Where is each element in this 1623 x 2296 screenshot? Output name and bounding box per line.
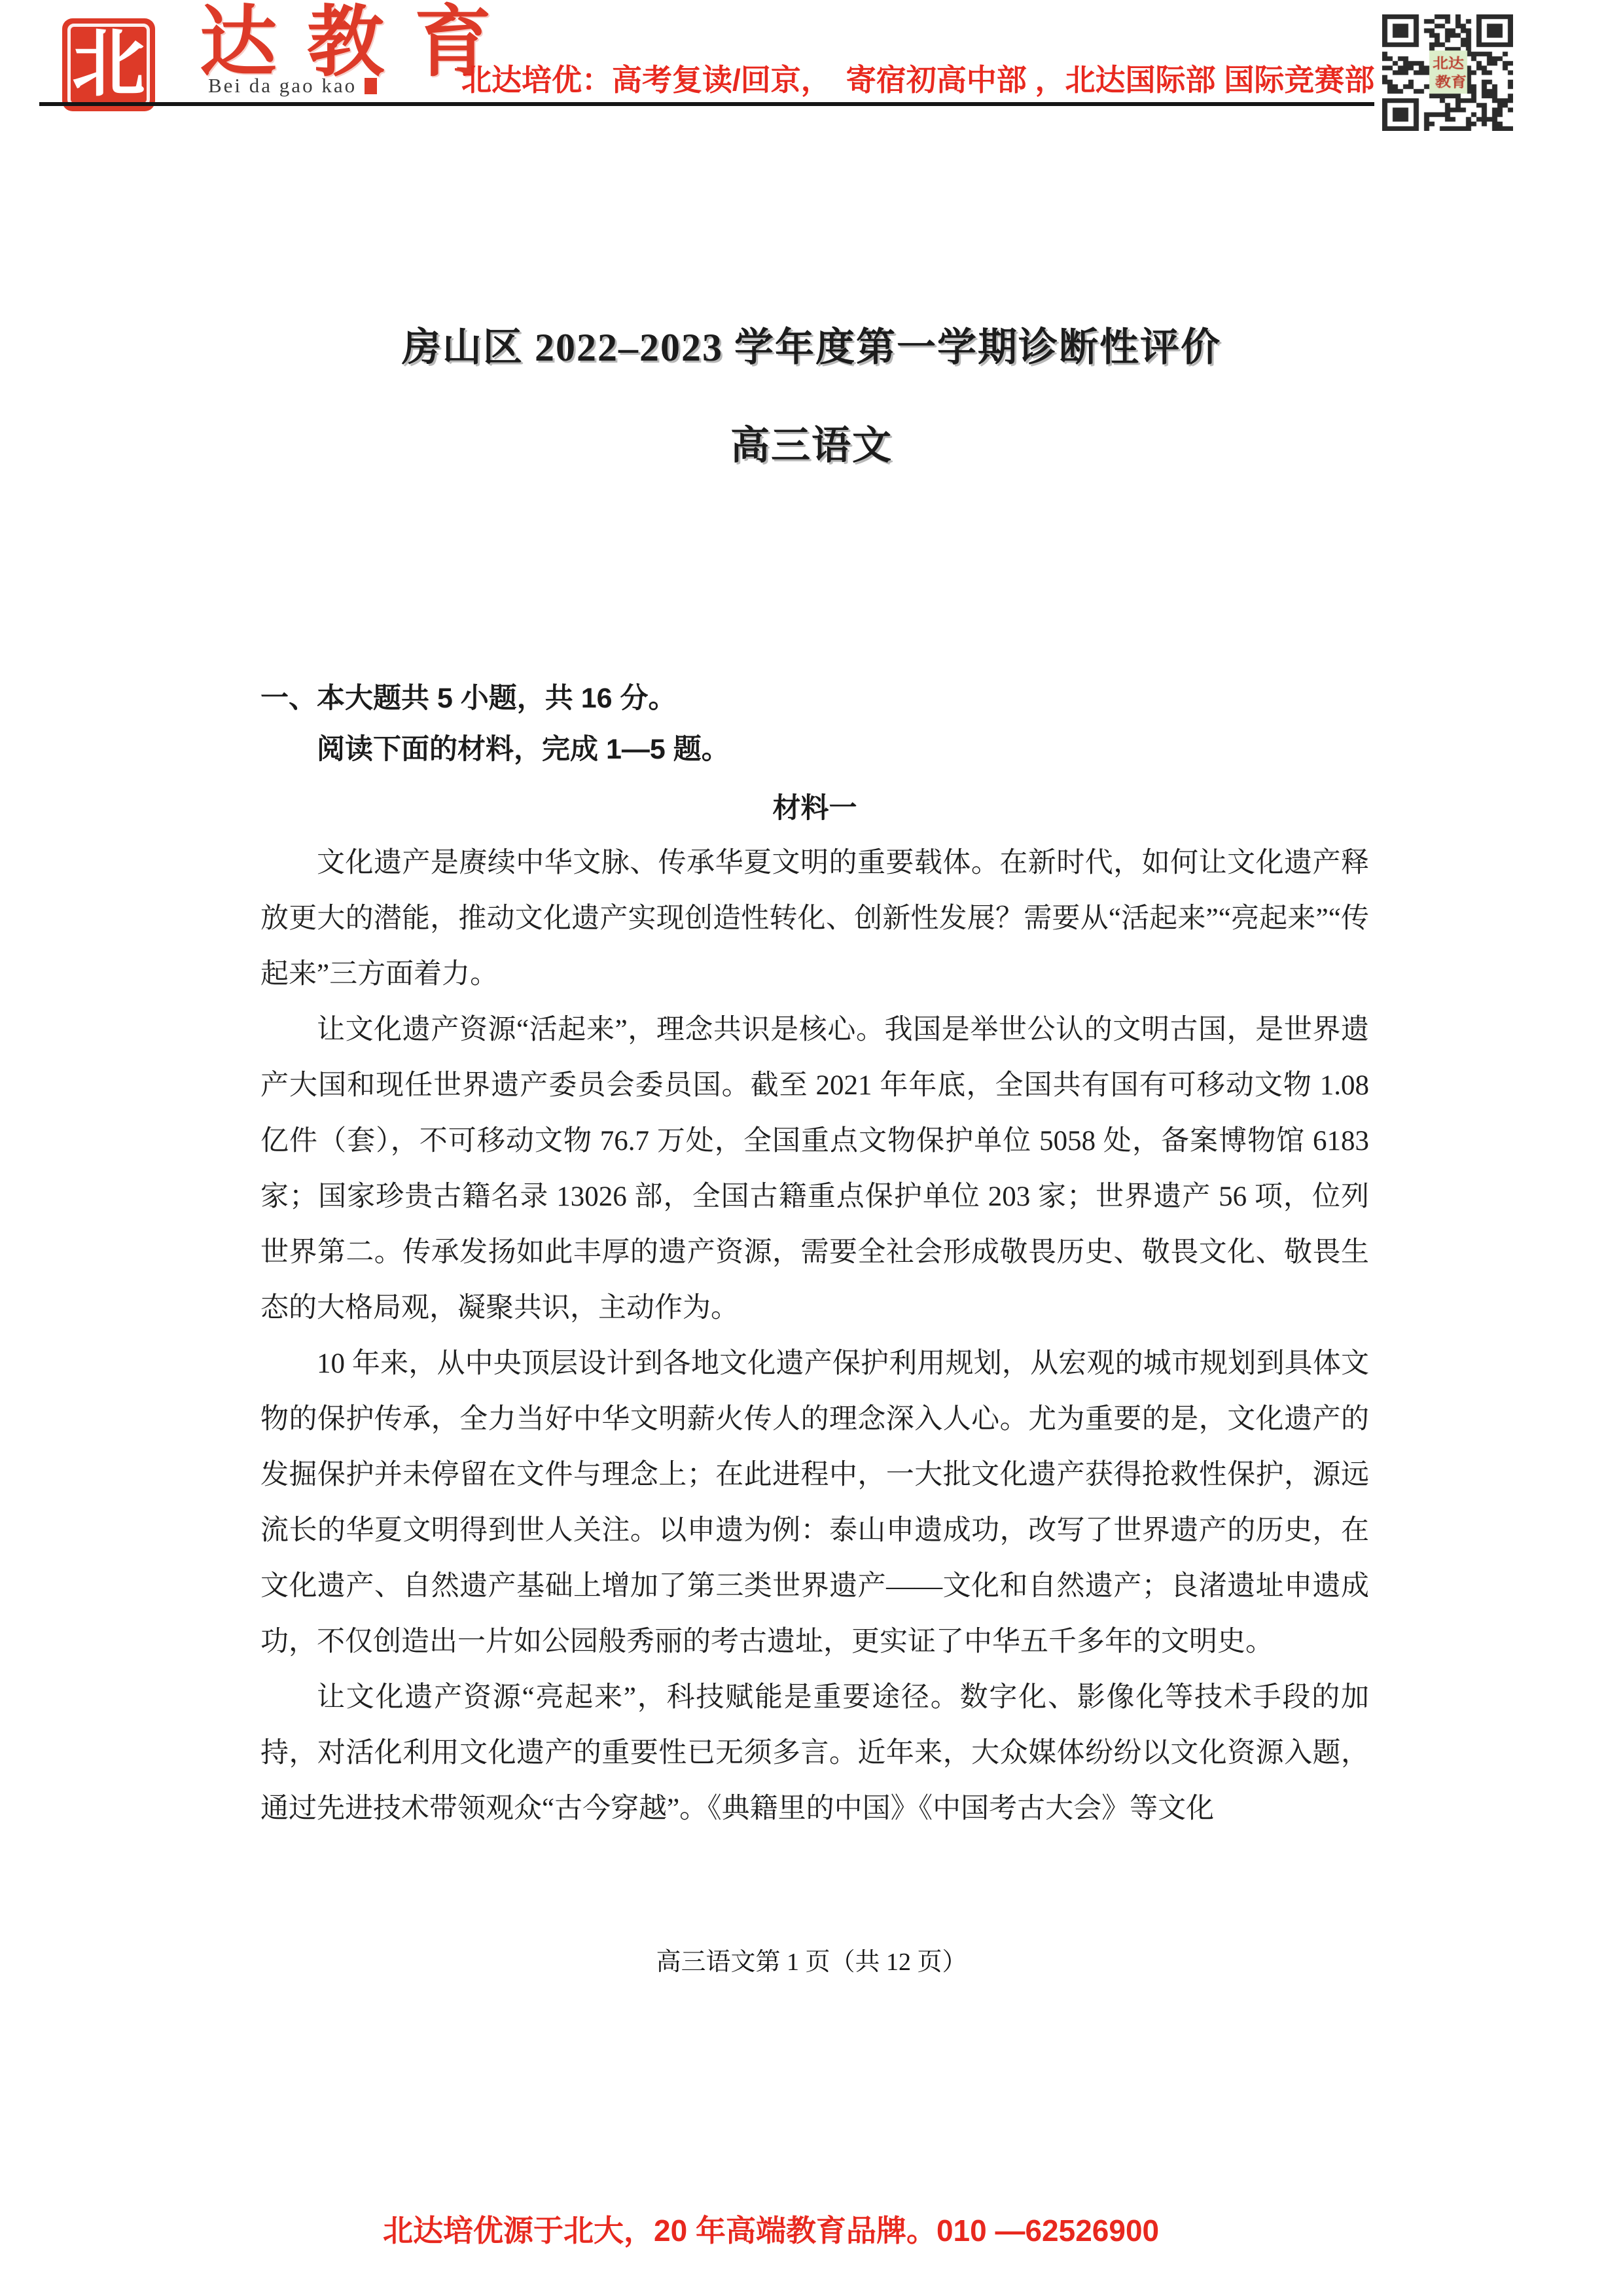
- brand-romanized-text: Bei da gao kao: [208, 74, 357, 97]
- qr-code: [1382, 14, 1513, 131]
- reading-instruction: 阅读下面的材料，完成 1—5 题。: [260, 733, 1369, 766]
- body-paragraph: 让文化遗产资源“亮起来”，科技赋能是重要途径。数字化、影像化等技术手段的加持，对…: [260, 1670, 1369, 1837]
- material-one-heading: 材料一: [260, 792, 1369, 825]
- page-number: 高三语文第 1 页（共 12 页）: [0, 1948, 1623, 1977]
- body-paragraph: 让文化遗产资源“活起来”，理念共识是核心。我国是举世公认的文明古国，是世界遗产大…: [260, 1002, 1369, 1336]
- page-subtitle: 高三语文: [0, 424, 1623, 467]
- red-square-icon: [365, 78, 377, 94]
- exam-page: 北 达教育 Bei da gao kao 北达培优：高考复读/回京， 寄宿初高中…: [0, 0, 1623, 2296]
- brand-romanized: Bei da gao kao: [208, 75, 377, 97]
- body-paragraph: 10 年来，从中央顶层设计到各地文化遗产保护利用规划，从宏观的城市规划到具体文物…: [260, 1336, 1369, 1670]
- footer-promo: 北达培优源于北大，20 年高端教育品牌。010 —62526900: [383, 2214, 1159, 2248]
- body-paragraph: 文化遗产是赓续中华文脉、传承华夏文明的重要载体。在新时代，如何让文化遗产释放更大…: [260, 835, 1369, 1002]
- brand-stamp-icon: 北: [62, 18, 155, 111]
- qr-code-image: [1382, 14, 1513, 131]
- section-heading: 一、本大题共 5 小题，共 16 分。: [260, 682, 1369, 715]
- header-tagline: 北达培优：高考复读/回京， 寄宿初高中部 ，北达国际部 国际竞赛部: [461, 63, 1374, 96]
- stamp-character: 北: [62, 22, 155, 115]
- page-title: 房山区 2022–2023 学年度第一学期诊断性评价: [0, 326, 1623, 369]
- document-body: 一、本大题共 5 小题，共 16 分。 阅读下面的材料，完成 1—5 题。 材料…: [260, 682, 1369, 1837]
- header-divider: [39, 102, 1374, 106]
